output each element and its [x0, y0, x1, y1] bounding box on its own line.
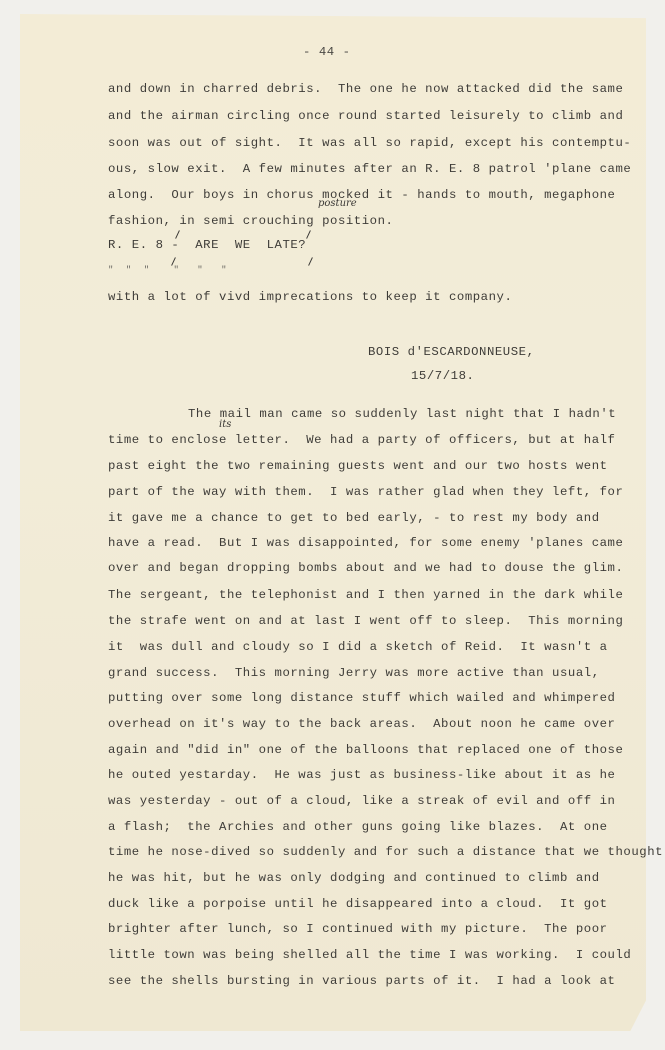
page-number: - 44 - [303, 44, 351, 60]
text-line: was yesterday - out of a cloud, like a s… [108, 793, 615, 809]
text-line: he outed yestarday. He was just as busin… [108, 767, 615, 783]
text-line: time to enclose letter. We had a party o… [108, 432, 615, 448]
text-line: it gave me a chance to get to bed early,… [108, 510, 600, 526]
text-line: R. E. 8 - ARE WE LATE? [108, 237, 306, 253]
text-line: a flash; the Archies and other guns goin… [108, 819, 608, 835]
text-line: and the airman circling once round start… [108, 108, 623, 124]
text-line: putting over some long distance stuff wh… [108, 690, 615, 706]
text-line: he was hit, but he was only dodging and … [108, 870, 600, 886]
handwritten-insertion: its [219, 419, 231, 430]
text-line: again and "did in" one of the balloons t… [108, 742, 623, 758]
text-line: time he nose-dived so suddenly and for s… [108, 844, 663, 860]
text-line: past eight the two remaining guests went… [108, 458, 608, 474]
text-line: The mail man came so suddenly last night… [188, 406, 616, 422]
text-line: it was dull and cloudy so I did a sketch… [108, 639, 608, 655]
text-line: the strafe went on and at last I went of… [108, 613, 623, 629]
text-line: with a lot of vivd imprecations to keep … [108, 289, 512, 305]
text-line: over and began dropping bombs about and … [108, 560, 623, 576]
ditto-line: " " " " " " [108, 262, 227, 278]
text-line: brighter after lunch, so I continued wit… [108, 921, 608, 937]
date-heading: 15/7/18. [411, 368, 474, 384]
text-line: fashion, in semi crouching position. [108, 213, 393, 229]
text-line: The sergeant, the telephonist and I then… [108, 587, 623, 603]
text-line: and down in charred debris. The one he n… [108, 81, 623, 97]
text-line: duck like a porpoise until he disappeare… [108, 896, 608, 912]
text-line: see the shells bursting in various parts… [108, 973, 615, 989]
text-line: little town was being shelled all the ti… [108, 947, 631, 963]
text-line: have a read. But I was disappointed, for… [108, 535, 623, 551]
text-line: soon was out of sight. It was all so rap… [108, 135, 631, 151]
place-heading: BOIS d'ESCARDONNEUSE, [368, 344, 535, 360]
text-line: along. Our boys in chorus mocked it - ha… [108, 187, 615, 203]
text-line: grand success. This morning Jerry was mo… [108, 665, 600, 681]
handwritten-correction: posture [318, 198, 357, 209]
text-line: overhead on it's way to the back areas. … [108, 716, 615, 732]
text-line: part of the way with them. I was rather … [108, 484, 623, 500]
text-line: ous, slow exit. A few minutes after an R… [108, 161, 631, 177]
